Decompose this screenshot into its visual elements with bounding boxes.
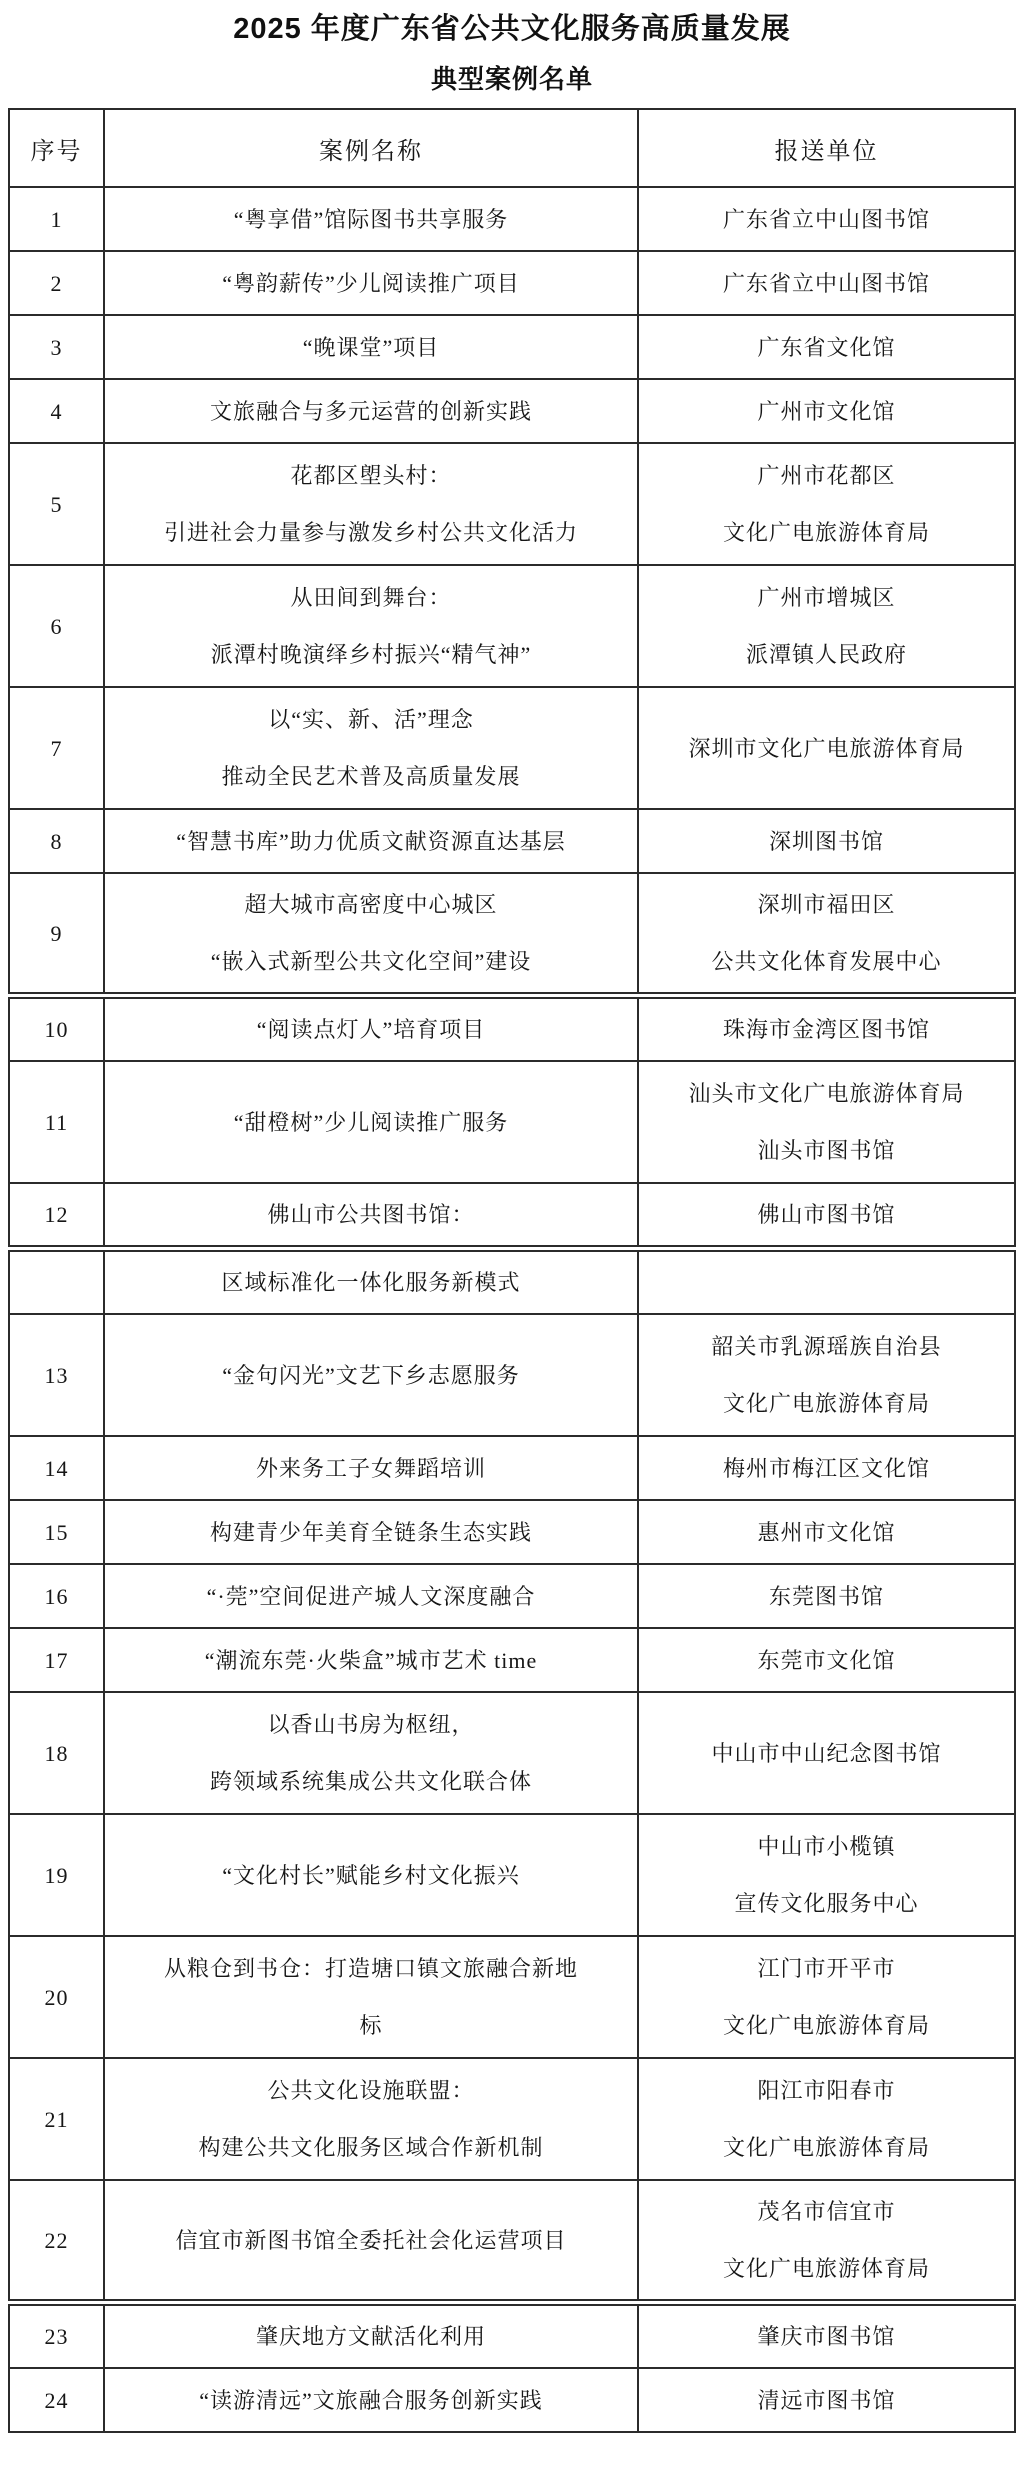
- table-row: 7 以“实、新、活”理念 推动全民艺术普及高质量发展 深圳市文化广电旅游体育局: [9, 687, 1015, 809]
- report-unit: 东莞市文化馆: [638, 1628, 1015, 1692]
- case-name: 从田间到舞台： 派潭村晚演绎乡村振兴“精气神”: [104, 565, 638, 687]
- table-row: 5 花都区塱头村： 引进社会力量参与激发乡村公共文化活力 广州市花都区 文化广电…: [9, 443, 1015, 565]
- report-unit: 东莞图书馆: [638, 1564, 1015, 1628]
- table-row: 10 “阅读点灯人”培育项目 珠海市金湾区图书馆: [9, 996, 1015, 1062]
- table-header-row: 序号 案例名称 报送单位: [9, 109, 1015, 187]
- case-name: “甜橙树”少儿阅读推广服务: [104, 1061, 638, 1183]
- case-name: 以“实、新、活”理念 推动全民艺术普及高质量发展: [104, 687, 638, 809]
- case-name: 花都区塱头村： 引进社会力量参与激发乡村公共文化活力: [104, 443, 638, 565]
- table-row: 16 “·莞”空间促进产城人文深度融合 东莞图书馆: [9, 1564, 1015, 1628]
- table-row: 20 从粮仓到书仓：打造塘口镇文旅融合新地 标 江门市开平市 文化广电旅游体育局: [9, 1936, 1015, 2058]
- table-row: 21 公共文化设施联盟： 构建公共文化服务区域合作新机制 阳江市阳春市 文化广电…: [9, 2058, 1015, 2180]
- table-row: 9 超大城市高密度中心城区 “嵌入式新型公共文化空间”建设 深圳市福田区 公共文…: [9, 873, 1015, 996]
- report-unit: 广州市文化馆: [638, 379, 1015, 443]
- case-name: “金句闪光”文艺下乡志愿服务: [104, 1314, 638, 1436]
- table-row: 24 “读游清远”文旅融合服务创新实践 清远市图书馆: [9, 2368, 1015, 2432]
- row-no: 10: [9, 996, 104, 1062]
- row-no: 21: [9, 2058, 104, 2180]
- case-name: “·莞”空间促进产城人文深度融合: [104, 1564, 638, 1628]
- table-row: 22 信宜市新图书馆全委托社会化运营项目 茂名市信宜市 文化广电旅游体育局: [9, 2180, 1015, 2303]
- doc-subtitle: 典型案例名单: [8, 64, 1016, 94]
- table-row: 1 “粤享借”馆际图书共享服务 广东省立中山图书馆: [9, 187, 1015, 251]
- report-unit: 茂名市信宜市 文化广电旅游体育局: [638, 2180, 1015, 2303]
- report-unit: 深圳市福田区 公共文化体育发展中心: [638, 873, 1015, 996]
- row-no: 17: [9, 1628, 104, 1692]
- row-no: 16: [9, 1564, 104, 1628]
- report-unit: 江门市开平市 文化广电旅游体育局: [638, 1936, 1015, 2058]
- cases-table: 序号 案例名称 报送单位 1 “粤享借”馆际图书共享服务 广东省立中山图书馆 2…: [8, 108, 1016, 2433]
- row-no: 18: [9, 1692, 104, 1814]
- table-row: 19 “文化村长”赋能乡村文化振兴 中山市小榄镇 宣传文化服务中心: [9, 1814, 1015, 1936]
- table-row: 17 “潮流东莞·火柴盒”城市艺术 time 东莞市文化馆: [9, 1628, 1015, 1692]
- col-header-report-unit: 报送单位: [638, 109, 1015, 187]
- report-unit: 广州市花都区 文化广电旅游体育局: [638, 443, 1015, 565]
- table-row: 6 从田间到舞台： 派潭村晚演绎乡村振兴“精气神” 广州市增城区 派潭镇人民政府: [9, 565, 1015, 687]
- row-no: 24: [9, 2368, 104, 2432]
- table-row: 18 以香山书房为枢纽， 跨领域系统集成公共文化联合体 中山市中山纪念图书馆: [9, 1692, 1015, 1814]
- table-row: 4 文旅融合与多元运营的创新实践 广州市文化馆: [9, 379, 1015, 443]
- case-name: 区域标准化一体化服务新模式: [104, 1249, 638, 1315]
- case-name: 构建青少年美育全链条生态实践: [104, 1500, 638, 1564]
- row-no: [9, 1249, 104, 1315]
- row-no: 3: [9, 315, 104, 379]
- report-unit: 清远市图书馆: [638, 2368, 1015, 2432]
- row-no: 19: [9, 1814, 104, 1936]
- row-no: 2: [9, 251, 104, 315]
- case-name: 信宜市新图书馆全委托社会化运营项目: [104, 2180, 638, 2303]
- case-name: 肇庆地方文献活化利用: [104, 2303, 638, 2369]
- row-no: 14: [9, 1436, 104, 1500]
- report-unit: 珠海市金湾区图书馆: [638, 996, 1015, 1062]
- table-row-continuation: 区域标准化一体化服务新模式: [9, 1249, 1015, 1315]
- document-page: 2025 年度广东省公共文化服务高质量发展 典型案例名单 序号 案例名称 报送单…: [0, 0, 1023, 2439]
- table-row: 13 “金句闪光”文艺下乡志愿服务 韶关市乳源瑶族自治县 文化广电旅游体育局: [9, 1314, 1015, 1436]
- table-row: 11 “甜橙树”少儿阅读推广服务 汕头市文化广电旅游体育局 汕头市图书馆: [9, 1061, 1015, 1183]
- report-unit: 中山市小榄镇 宣传文化服务中心: [638, 1814, 1015, 1936]
- table-row: 8 “智慧书库”助力优质文献资源直达基层 深圳图书馆: [9, 809, 1015, 873]
- col-header-case-name: 案例名称: [104, 109, 638, 187]
- table-row: 12 佛山市公共图书馆： 佛山市图书馆: [9, 1183, 1015, 1249]
- doc-title: 2025 年度广东省公共文化服务高质量发展: [8, 12, 1016, 46]
- table-row: 23 肇庆地方文献活化利用 肇庆市图书馆: [9, 2303, 1015, 2369]
- report-unit: 深圳市文化广电旅游体育局: [638, 687, 1015, 809]
- report-unit: 阳江市阳春市 文化广电旅游体育局: [638, 2058, 1015, 2180]
- col-header-no: 序号: [9, 109, 104, 187]
- report-unit: 广东省立中山图书馆: [638, 251, 1015, 315]
- row-no: 6: [9, 565, 104, 687]
- case-name: “晚课堂”项目: [104, 315, 638, 379]
- report-unit: 广州市增城区 派潭镇人民政府: [638, 565, 1015, 687]
- row-no: 4: [9, 379, 104, 443]
- row-no: 23: [9, 2303, 104, 2369]
- case-name: “潮流东莞·火柴盒”城市艺术 time: [104, 1628, 638, 1692]
- report-unit: 惠州市文化馆: [638, 1500, 1015, 1564]
- report-unit: 梅州市梅江区文化馆: [638, 1436, 1015, 1500]
- case-name: 文旅融合与多元运营的创新实践: [104, 379, 638, 443]
- report-unit: 广东省文化馆: [638, 315, 1015, 379]
- case-name: 超大城市高密度中心城区 “嵌入式新型公共文化空间”建设: [104, 873, 638, 996]
- case-name: 以香山书房为枢纽， 跨领域系统集成公共文化联合体: [104, 1692, 638, 1814]
- report-unit: 中山市中山纪念图书馆: [638, 1692, 1015, 1814]
- row-no: 8: [9, 809, 104, 873]
- table-row: 15 构建青少年美育全链条生态实践 惠州市文化馆: [9, 1500, 1015, 1564]
- row-no: 22: [9, 2180, 104, 2303]
- row-no: 13: [9, 1314, 104, 1436]
- case-name: 从粮仓到书仓：打造塘口镇文旅融合新地 标: [104, 1936, 638, 2058]
- row-no: 1: [9, 187, 104, 251]
- table-row: 3 “晚课堂”项目 广东省文化馆: [9, 315, 1015, 379]
- case-name: “阅读点灯人”培育项目: [104, 996, 638, 1062]
- report-unit: [638, 1249, 1015, 1315]
- report-unit: 佛山市图书馆: [638, 1183, 1015, 1249]
- case-name: “文化村长”赋能乡村文化振兴: [104, 1814, 638, 1936]
- row-no: 12: [9, 1183, 104, 1249]
- row-no: 9: [9, 873, 104, 996]
- row-no: 5: [9, 443, 104, 565]
- case-name: 外来务工子女舞蹈培训: [104, 1436, 638, 1500]
- case-name: 佛山市公共图书馆：: [104, 1183, 638, 1249]
- report-unit: 汕头市文化广电旅游体育局 汕头市图书馆: [638, 1061, 1015, 1183]
- report-unit: 韶关市乳源瑶族自治县 文化广电旅游体育局: [638, 1314, 1015, 1436]
- row-no: 15: [9, 1500, 104, 1564]
- report-unit: 肇庆市图书馆: [638, 2303, 1015, 2369]
- row-no: 11: [9, 1061, 104, 1183]
- report-unit: 深圳图书馆: [638, 809, 1015, 873]
- row-no: 20: [9, 1936, 104, 2058]
- case-name: 公共文化设施联盟： 构建公共文化服务区域合作新机制: [104, 2058, 638, 2180]
- table-row: 14 外来务工子女舞蹈培训 梅州市梅江区文化馆: [9, 1436, 1015, 1500]
- case-name: “粤韵薪传”少儿阅读推广项目: [104, 251, 638, 315]
- case-name: “智慧书库”助力优质文献资源直达基层: [104, 809, 638, 873]
- case-name: “粤享借”馆际图书共享服务: [104, 187, 638, 251]
- table-row: 2 “粤韵薪传”少儿阅读推广项目 广东省立中山图书馆: [9, 251, 1015, 315]
- row-no: 7: [9, 687, 104, 809]
- case-name: “读游清远”文旅融合服务创新实践: [104, 2368, 638, 2432]
- report-unit: 广东省立中山图书馆: [638, 187, 1015, 251]
